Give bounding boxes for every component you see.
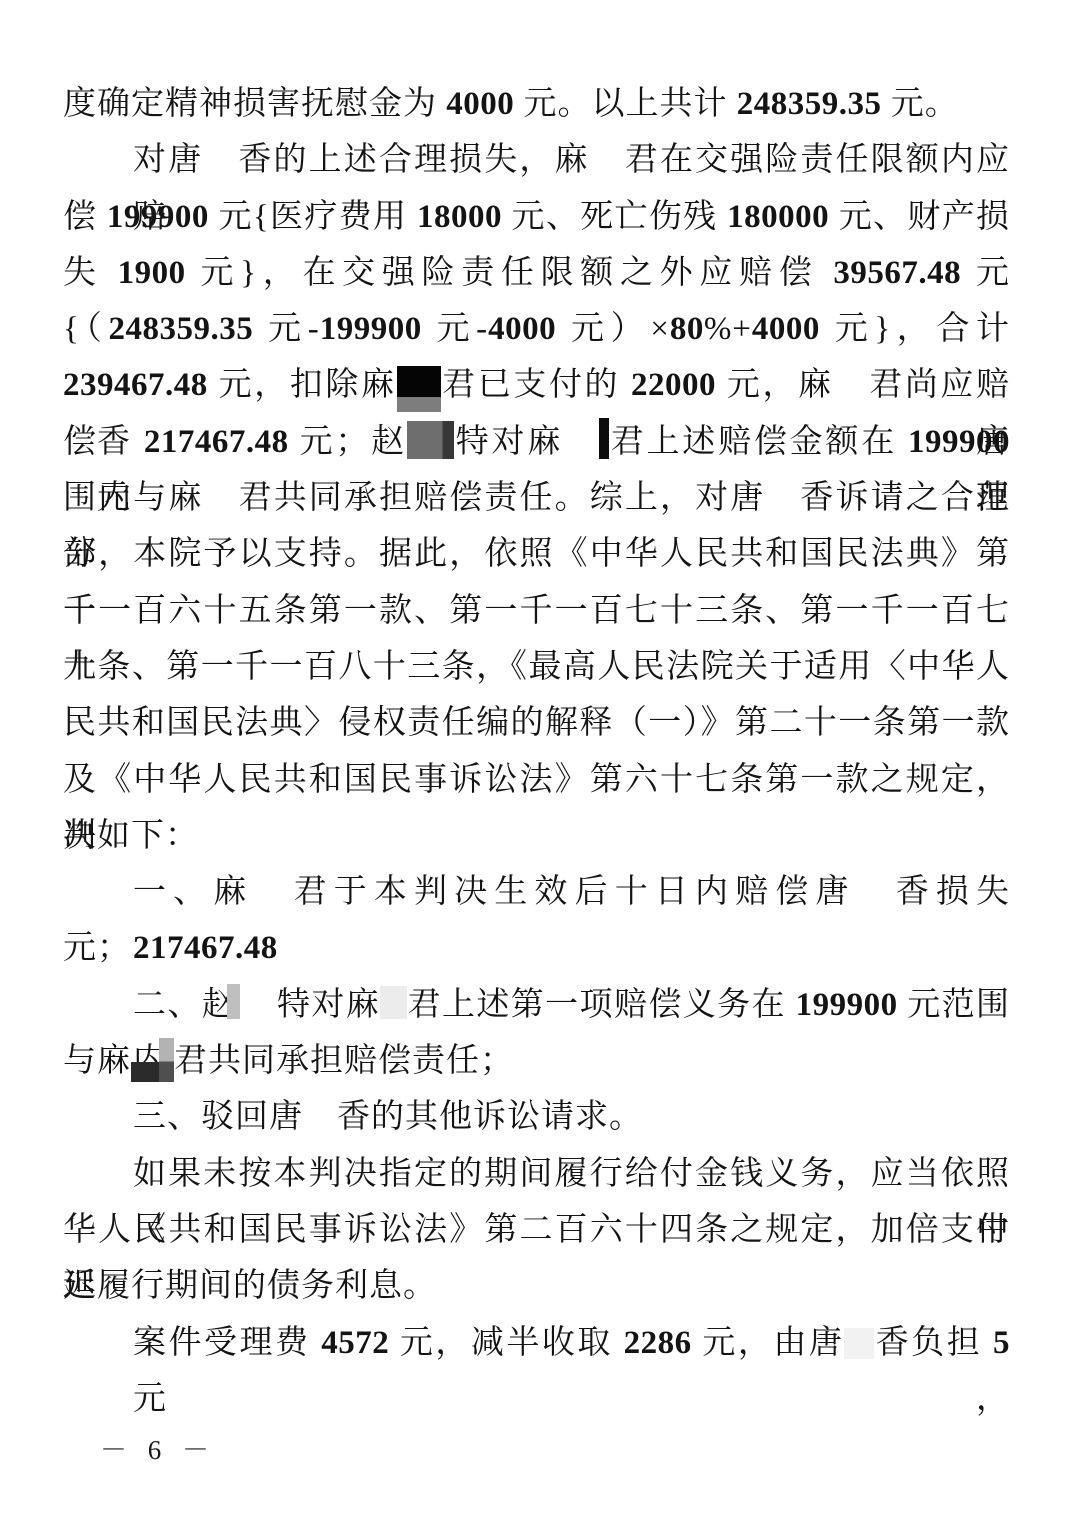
text-run: 三、驳回唐 香的其他诉讼请求。	[133, 1099, 643, 1135]
text-run: 香	[97, 424, 144, 460]
text-line: 九条、第一千一百八十三条，《最高人民法院关于适用〈中华人	[63, 639, 1010, 695]
number-run: 217467.48	[133, 930, 278, 966]
text-run: 君共同承担赔偿责任；	[174, 1043, 514, 1079]
text-line: 一、麻 君于本判决生效后十日内赔偿唐 香损失 217467.48	[63, 864, 1010, 920]
text-line: 及《中华人民共和国民事诉讼法》第六十七条第一款之规定，判	[63, 752, 1010, 808]
number-run: 199900	[107, 199, 209, 235]
number-run: 4000	[488, 311, 556, 347]
text-run: 特对麻	[454, 424, 599, 460]
text-run: 君上述赔偿金额在	[609, 424, 908, 460]
text-run: 失	[63, 255, 118, 291]
text-line: 延履行期间的债务利息。	[63, 1258, 1010, 1314]
text-run: 元。	[882, 86, 959, 122]
text-run: 偿	[63, 199, 107, 235]
text-line: 239467.48 元，扣除麻君已支付的 22000 元，麻 君尚应赔偿唐	[63, 357, 1010, 413]
text-run: 元}，合计	[820, 311, 1010, 347]
text-run: 延履行期间的债务利息。	[63, 1268, 437, 1304]
text-run: 九条、第一千一百八十三条，《最高人民法院关于适用〈中华人	[63, 649, 1010, 685]
redaction-box	[131, 1038, 174, 1083]
text-run: %+	[704, 311, 752, 347]
redaction-box	[844, 1328, 874, 1359]
text-line: 千一百六十五条第一款、第一千一百七十三条、第一千一百七十	[63, 583, 1010, 639]
number-run: 1900	[118, 255, 186, 291]
text-line: 如果未按本判决指定的期间履行给付金钱义务，应当依照《中	[63, 1146, 1010, 1202]
text-line: 民共和国民法典〉侵权责任编的解释（一）》第二十一条第一款	[63, 695, 1010, 751]
page-number: － 6 －	[100, 1428, 216, 1467]
number-run: 248359.35	[109, 311, 254, 347]
text-run: 元；	[63, 930, 131, 966]
text-run: 元。以上共计	[514, 86, 737, 122]
redaction-box	[397, 366, 441, 397]
text-line: 决如下：	[63, 808, 1010, 864]
text-line: 三、驳回唐 香的其他诉讼请求。	[63, 1089, 1010, 1145]
text-line: 案件受理费 4572 元，减半收取 2286 元，由唐香负担 5 元，	[63, 1315, 1010, 1371]
judgment-document-page: 度确定精神损害抚慰金为 4000 元。以上共计 248359.35 元。对唐 香…	[0, 0, 1074, 1520]
text-run: 元	[961, 255, 1010, 291]
number-run: 39567.48	[833, 255, 961, 291]
number-run: 199900	[908, 424, 1010, 460]
text-run: 案件受理费	[133, 1325, 321, 1361]
text-run: 度确定精神损害抚慰金为	[63, 86, 446, 122]
text-line: 与麻君共同承担赔偿责任；	[63, 1033, 1010, 1089]
text-line: 二、赵 特对麻君上述第一项赔偿义务在 199900 元范围内	[63, 977, 1010, 1033]
text-run: 元{医疗费用	[209, 199, 417, 235]
redaction-box	[599, 418, 609, 459]
text-line: 度确定精神损害抚慰金为 4000 元。以上共计 248359.35 元。	[63, 76, 1010, 132]
number-run: 217467.48	[144, 424, 289, 460]
text-run: 元，	[133, 1381, 1010, 1417]
text-line: 围内与麻 君共同承担赔偿责任。综上，对唐 香诉请之合理部	[63, 470, 1010, 526]
text-run: 元-	[253, 311, 319, 347]
number-run: 199900	[796, 987, 898, 1023]
text-run: 二、赵	[133, 987, 236, 1023]
text-line: 香 217467.48 元；赵特对麻 君上述赔偿金额在 199900 元范	[63, 414, 1010, 470]
text-run: 君已支付的	[441, 367, 631, 403]
text-line: {（248359.35 元-199900 元-4000 元）×80%+4000 …	[63, 301, 1010, 357]
number-run: 199900	[320, 311, 422, 347]
text-run: 特对麻	[242, 987, 380, 1023]
number-run: 239467.48	[63, 367, 208, 403]
text-run: 与麻	[63, 1043, 131, 1079]
text-run: 民共和国民法典〉侵权责任编的解释（一）》第二十一条第一款	[63, 705, 1010, 741]
text-line: 偿 199900 元{医疗费用 18000 元、死亡伤残 180000 元、财产…	[63, 189, 1010, 245]
redaction-box	[380, 986, 407, 1019]
number-run: 4000	[446, 86, 514, 122]
number-run: 180000	[727, 199, 829, 235]
number-run: 5	[993, 1325, 1010, 1361]
text-line: 华人民共和国民事诉讼法》第二百六十四条之规定，加倍支付迟	[63, 1202, 1010, 1258]
text-run: 元，由唐	[692, 1325, 845, 1361]
text-run: 一、麻 君于本判决生效后十日内赔偿唐 香损失	[133, 874, 1010, 910]
text-run: 君上述第一项赔偿义务在	[407, 987, 795, 1023]
number-run: 22000	[631, 367, 716, 403]
text-run: 元，扣除麻	[208, 367, 397, 403]
redaction-box	[407, 421, 454, 459]
text-line: 对唐 香的上述合理损失，麻 君在交强险责任限额内应赔	[63, 132, 1010, 188]
text-run: 决如下：	[63, 818, 199, 854]
number-run: 248359.35	[737, 86, 882, 122]
text-run: 元，减半收取	[389, 1325, 623, 1361]
number-run: 4000	[752, 311, 820, 347]
text-run: 元}，在交强险责任限额之外应赔偿	[186, 255, 834, 291]
text-run: 元、死亡伤残	[502, 199, 727, 235]
text-line: 分，本院予以支持。据此，依照《中华人民共和国民法典》第一	[63, 526, 1010, 582]
text-line: 失 1900 元}，在交强险责任限额之外应赔偿 39567.48 元	[63, 245, 1010, 301]
text-run: 元-	[422, 311, 488, 347]
text-run: 元、财产损	[829, 199, 1010, 235]
text-run: 元；赵	[289, 424, 407, 460]
text-run: 香负担	[874, 1325, 993, 1361]
number-run: 18000	[417, 199, 502, 235]
number-run: 4572	[321, 1325, 389, 1361]
number-run: 80	[670, 311, 704, 347]
number-run: 2286	[624, 1325, 692, 1361]
text-run: 元）×	[556, 311, 670, 347]
text-run: {（	[63, 311, 109, 347]
redaction-box	[227, 984, 240, 1019]
document-body: 度确定精神损害抚慰金为 4000 元。以上共计 248359.35 元。对唐 香…	[63, 76, 1010, 1371]
